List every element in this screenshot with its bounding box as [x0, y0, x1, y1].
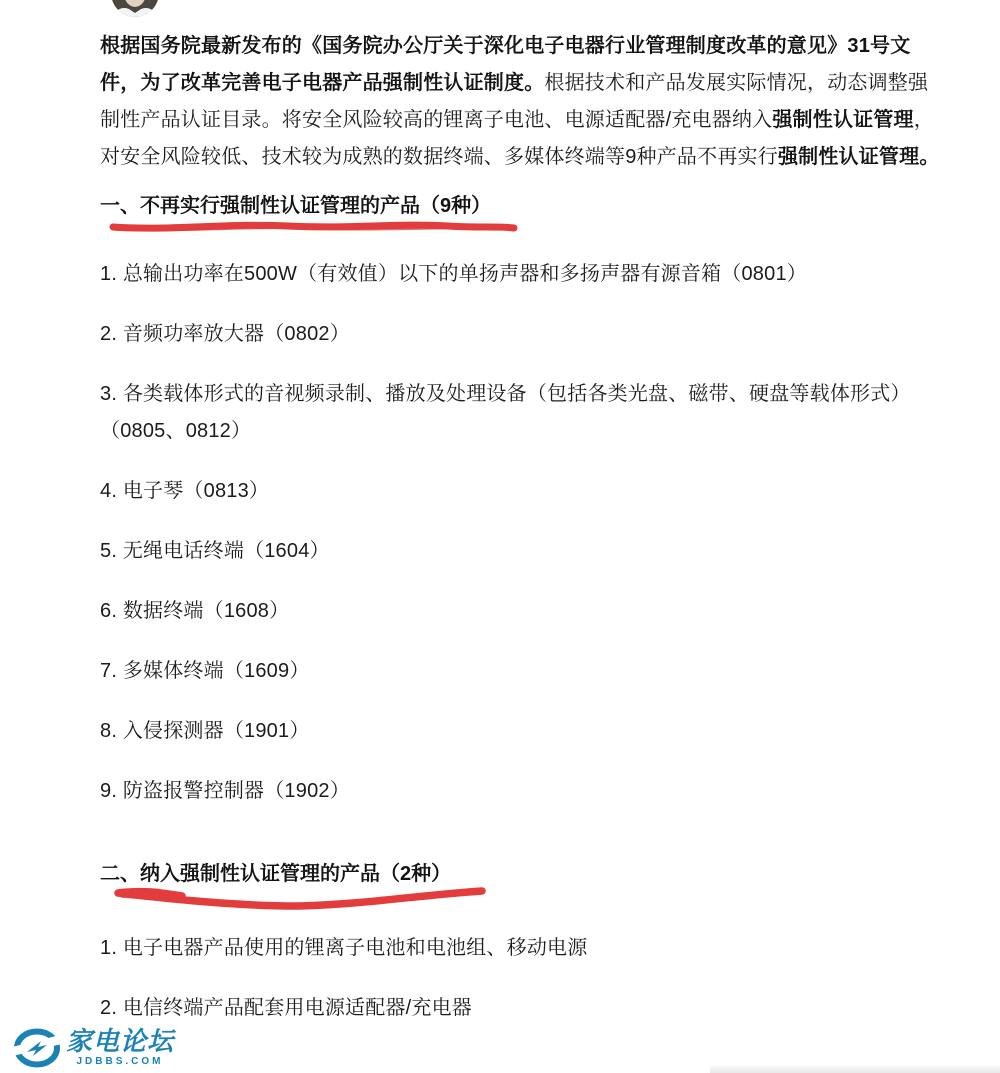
intro-bold-end: 强制性认证管理。: [778, 146, 940, 168]
list-item: 1. 电子电器产品使用的锂离子电池和电池组、移动电源: [100, 930, 940, 967]
section2-heading: 二、纳入强制性认证管理的产品（2种）: [100, 860, 451, 888]
watermark-site-name: 家电论坛: [66, 1027, 174, 1055]
section2-heading-block: 二、纳入强制性认证管理的产品（2种）: [100, 860, 940, 888]
list-item: 3. 各类载体形式的音视频录制、播放及处理设备（包括各类光盘、磁带、硬盘等载体形…: [100, 376, 940, 450]
list-item: 9. 防盗报警控制器（1902）: [100, 773, 940, 810]
article-page: 根据国务院最新发布的《国务院办公厅关于深化电子电器行业管理制度改革的意见》31号…: [0, 0, 1000, 1073]
watermark-site-domain: JDBBS.COM: [77, 1056, 164, 1068]
list-item: 6. 数据终端（1608）: [100, 593, 940, 630]
list-item: 7. 多媒体终端（1609）: [100, 653, 940, 690]
intro-paragraph: 根据国务院最新发布的《国务院办公厅关于深化电子电器行业管理制度改革的意见》31号…: [100, 28, 940, 176]
list-item: 2. 音频功率放大器（0802）: [100, 316, 940, 353]
list-item: 5. 无绳电话终端（1604）: [100, 533, 940, 570]
red-underline-annotation-1: [108, 218, 520, 236]
list-item: 1. 总输出功率在500W（有效值）以下的单扬声器和多扬声器有源音箱（0801）: [100, 256, 940, 293]
intro-bold-mid: 强制性认证管理: [772, 109, 913, 131]
user-avatar[interactable]: [111, 0, 159, 17]
list-item: 8. 入侵探测器（1901）: [100, 713, 940, 750]
red-underline-annotation-2: [112, 884, 490, 914]
section1-heading: 一、不再实行强制性认证管理的产品（9种）: [100, 192, 491, 220]
list-item: 4. 电子琴（0813）: [100, 473, 940, 510]
bottom-edge-bar: [710, 1066, 1000, 1073]
jdbbs-logo-icon: [14, 1027, 60, 1069]
jdbbs-watermark-text: 家电论坛 JDBBS.COM: [66, 1027, 174, 1068]
avatar-image: [111, 0, 159, 17]
jdbbs-watermark: 家电论坛 JDBBS.COM: [14, 1027, 174, 1069]
section1-heading-block: 一、不再实行强制性认证管理的产品（9种）: [100, 192, 940, 220]
list-item: 2. 电信终端产品配套用电源适配器/充电器: [100, 990, 940, 1027]
